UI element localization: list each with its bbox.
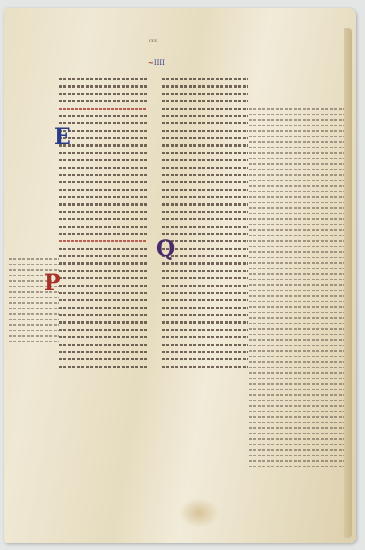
page-edges bbox=[344, 28, 352, 538]
gloss-right bbox=[249, 108, 344, 471]
initial-q: Q bbox=[156, 236, 175, 262]
running-heading: ~IIII bbox=[148, 58, 165, 67]
manuscript-page: ccc ~IIII E P Q bbox=[4, 8, 356, 543]
water-stain bbox=[179, 498, 219, 528]
text-column-left bbox=[59, 78, 147, 373]
folio-mark: ccc bbox=[149, 38, 157, 44]
initial-e: E bbox=[54, 124, 71, 150]
initial-p: P bbox=[44, 270, 61, 296]
text-column-right bbox=[162, 78, 248, 373]
